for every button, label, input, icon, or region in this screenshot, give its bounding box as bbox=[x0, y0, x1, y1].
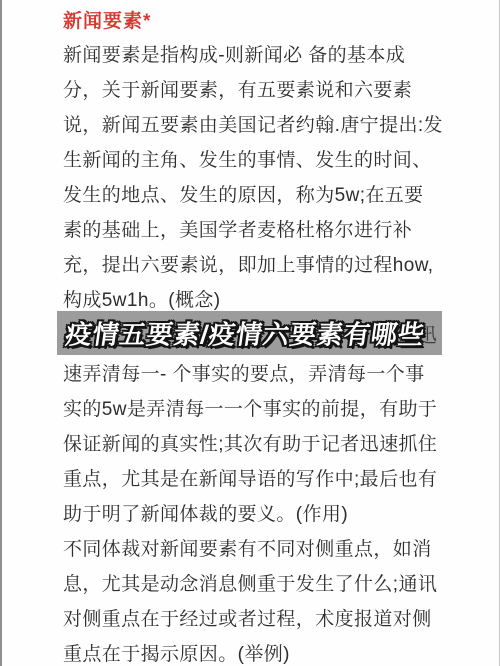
body-line: 保证新闻的真实性;其次有助于记者迅速抓住 bbox=[63, 427, 459, 462]
body-line: 重点在于揭示原因。(举例) bbox=[63, 637, 459, 666]
body-line: 不同体裁对新闻要素有不同对侧重点，如消 bbox=[63, 532, 459, 567]
body-line: 素的基础上，美国学者麦格杜格尔进行补 bbox=[63, 213, 459, 248]
body-line: 生新闻的主角、发生的事情、发生的时间、 bbox=[63, 143, 459, 178]
body-line: 说，新闻五要素由美国记者约翰.唐宁提出:发 bbox=[63, 108, 459, 143]
page-title: 新闻要素* bbox=[63, 6, 151, 33]
body-line: 重点，尤其是在新闻导语的写作中;最后也有 bbox=[63, 462, 459, 497]
body-line: 充，提出六要素说，即加上事情的过程how, bbox=[63, 248, 459, 283]
body-line: 实的5w是弄清每一一个事实的前提，有助于 bbox=[63, 392, 459, 427]
article-page: 新闻要素* 新闻要素是指构成-则新闻必 备的基本成 分，关于新闻要素，有五要素说… bbox=[0, 0, 500, 666]
article-paragraph-2: 速弄清每一- 个事实的要点，弄清每一个事 实的5w是弄清每一一个事实的前提，有助… bbox=[63, 357, 459, 666]
article-paragraph-1: 新闻要素是指构成-则新闻必 备的基本成 分，关于新闻要素，有五要素说和六要素 说… bbox=[63, 38, 459, 318]
body-line: 速弄清每一- 个事实的要点，弄清每一个事 bbox=[63, 357, 459, 392]
body-line: 助于明了新闻体裁的要义。(作用) bbox=[63, 497, 459, 532]
body-line: 发生的地点、发生的原因，称为5w;在五要 bbox=[63, 178, 459, 213]
caption-title: 疫情五要素/疫情六要素有哪些 bbox=[63, 315, 427, 352]
body-line: 新闻要素是指构成-则新闻必 备的基本成 bbox=[63, 38, 459, 73]
caption-overlay: 迅 疫情五要素/疫情六要素有哪些 bbox=[57, 311, 442, 355]
body-line: 对侧重点在于经过或者过程，术度报道对侧 bbox=[63, 602, 459, 637]
body-line: 分，关于新闻要素，有五要素说和六要素 bbox=[63, 73, 459, 108]
body-line: 息，尤其是动念消息侧重于发生了什么;通讯 bbox=[63, 567, 459, 602]
